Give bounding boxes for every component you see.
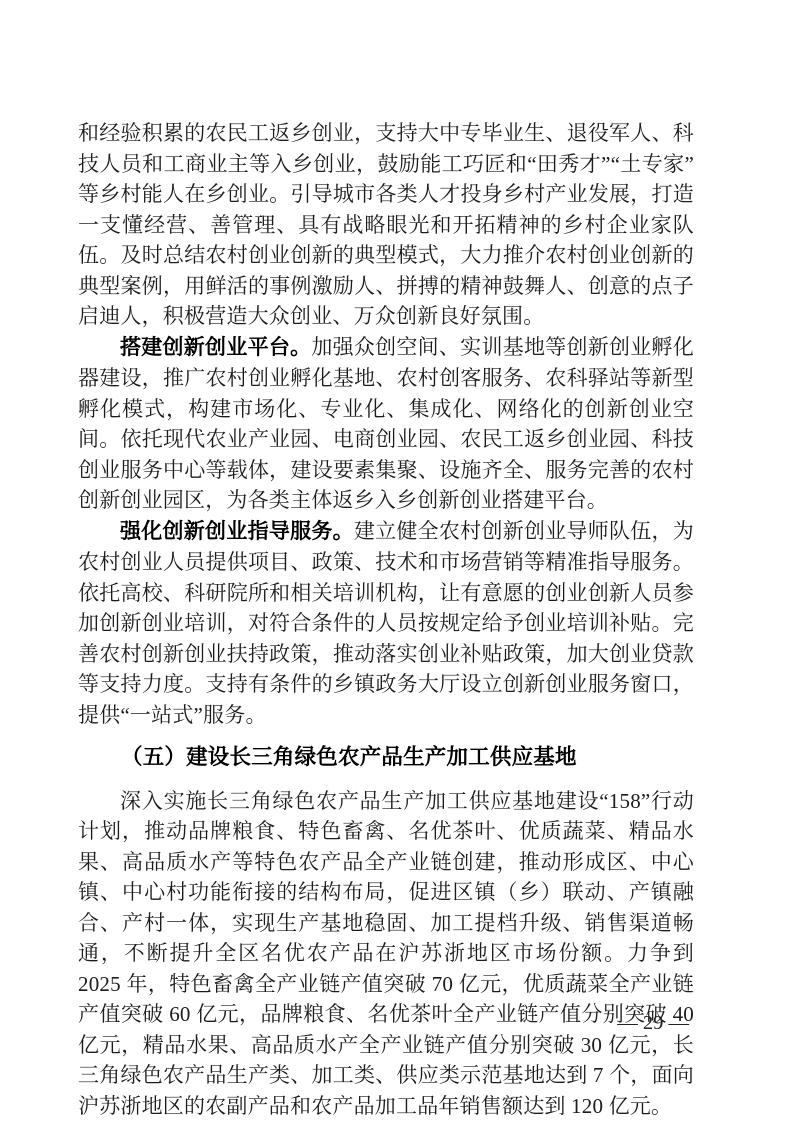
paragraph-body-text: 加强众创空间、实训基地等创新创业孵化器建设，推广农村创业孵化基地、农村创客服务、… [78, 335, 694, 513]
paragraph-body-text: 建立健全农村创新创业导师队伍，为农村创业人员提供项目、政策、技术和市场营销等精准… [78, 519, 694, 727]
document-page: 和经验积累的农民工返乡创业，支持大中专毕业生、退役军人、科技人员和工商业主等入乡… [0, 0, 793, 1122]
paragraph-lead-bold: 强化创新创业指导服务。 [120, 520, 354, 543]
paragraph-yangtze-delta-base: 深入实施长三角绿色农产品生产加工供应基地建设“158”行动计划，推动品牌粮食、特… [78, 786, 694, 1122]
paragraph-lead-bold: 搭建创新创业平台。 [120, 336, 311, 359]
paragraph-platform: 搭建创新创业平台。加强众创空间、实训基地等创新创业孵化器建设，推广农村创业孵化基… [78, 332, 694, 516]
paragraph-guidance: 强化创新创业指导服务。建立健全农村创新创业导师队伍，为农村创业人员提供项目、政策… [78, 516, 694, 731]
page-number: — 29 — [617, 1012, 689, 1035]
document-body: 和经验积累的农民工返乡创业，支持大中专毕业生、退役军人、科技人员和工商业主等入乡… [78, 118, 694, 1121]
section-heading: （五）建设长三角绿色农产品生产加工供应基地 [78, 730, 694, 786]
paragraph-continuation: 和经验积累的农民工返乡创业，支持大中专毕业生、退役军人、科技人员和工商业主等入乡… [78, 118, 694, 332]
